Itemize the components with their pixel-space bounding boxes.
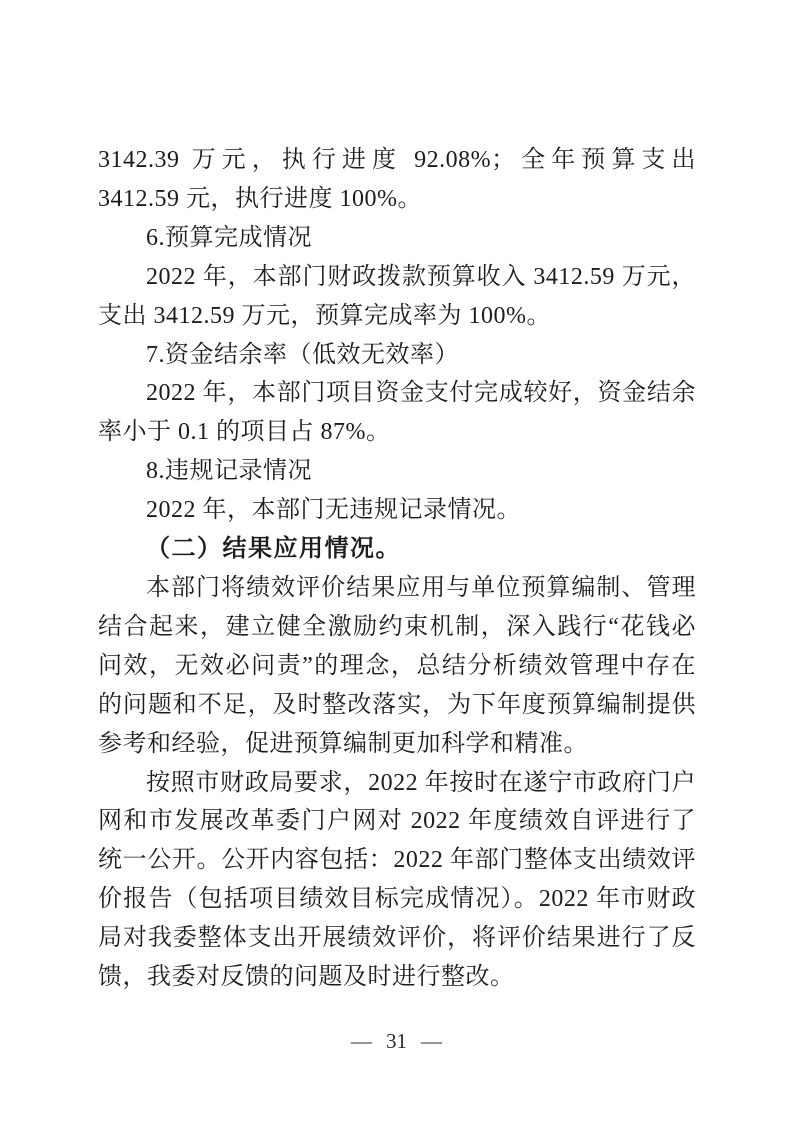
heading-8-violation-records: 8.违规记录情况 bbox=[98, 452, 696, 491]
paragraph-result-application: 本部门将绩效评价结果应用与单位预算编制、管理结合起来，建立健全激励约束机制，深入… bbox=[98, 569, 696, 764]
paragraph-violation-records: 2022 年，本部门无违规记录情况。 bbox=[98, 491, 696, 530]
page-number: 31 bbox=[386, 1029, 407, 1053]
document-page: 3142.39 万元，执行进度 92.08%；全年预算支出 3412.59 元，… bbox=[0, 0, 793, 1122]
heading-section-2-result-application: （二）结果应用情况。 bbox=[98, 530, 696, 569]
page-footer: —31— bbox=[0, 1028, 793, 1054]
footer-right-dash: — bbox=[421, 1028, 442, 1054]
paragraph-public-disclosure: 按照市财政局要求，2022 年按时在遂宁市政府门户网和市发展改革委门户网对 20… bbox=[98, 764, 696, 997]
heading-6-budget-completion: 6.预算完成情况 bbox=[98, 219, 696, 258]
heading-7-fund-balance-rate: 7.资金结余率（低效无效率） bbox=[98, 336, 696, 375]
paragraph-execution-progress-continuation: 3142.39 万元，执行进度 92.08%；全年预算支出 3412.59 元，… bbox=[98, 141, 696, 219]
page-body-text: 3142.39 万元，执行进度 92.08%；全年预算支出 3412.59 元，… bbox=[98, 141, 696, 997]
paragraph-budget-completion: 2022 年，本部门财政拨款预算收入 3412.59 万元，支出 3412.59… bbox=[98, 258, 696, 336]
footer-left-dash: — bbox=[351, 1028, 372, 1054]
paragraph-fund-balance: 2022 年，本部门项目资金支付完成较好，资金结余率小于 0.1 的项目占 87… bbox=[98, 374, 696, 452]
